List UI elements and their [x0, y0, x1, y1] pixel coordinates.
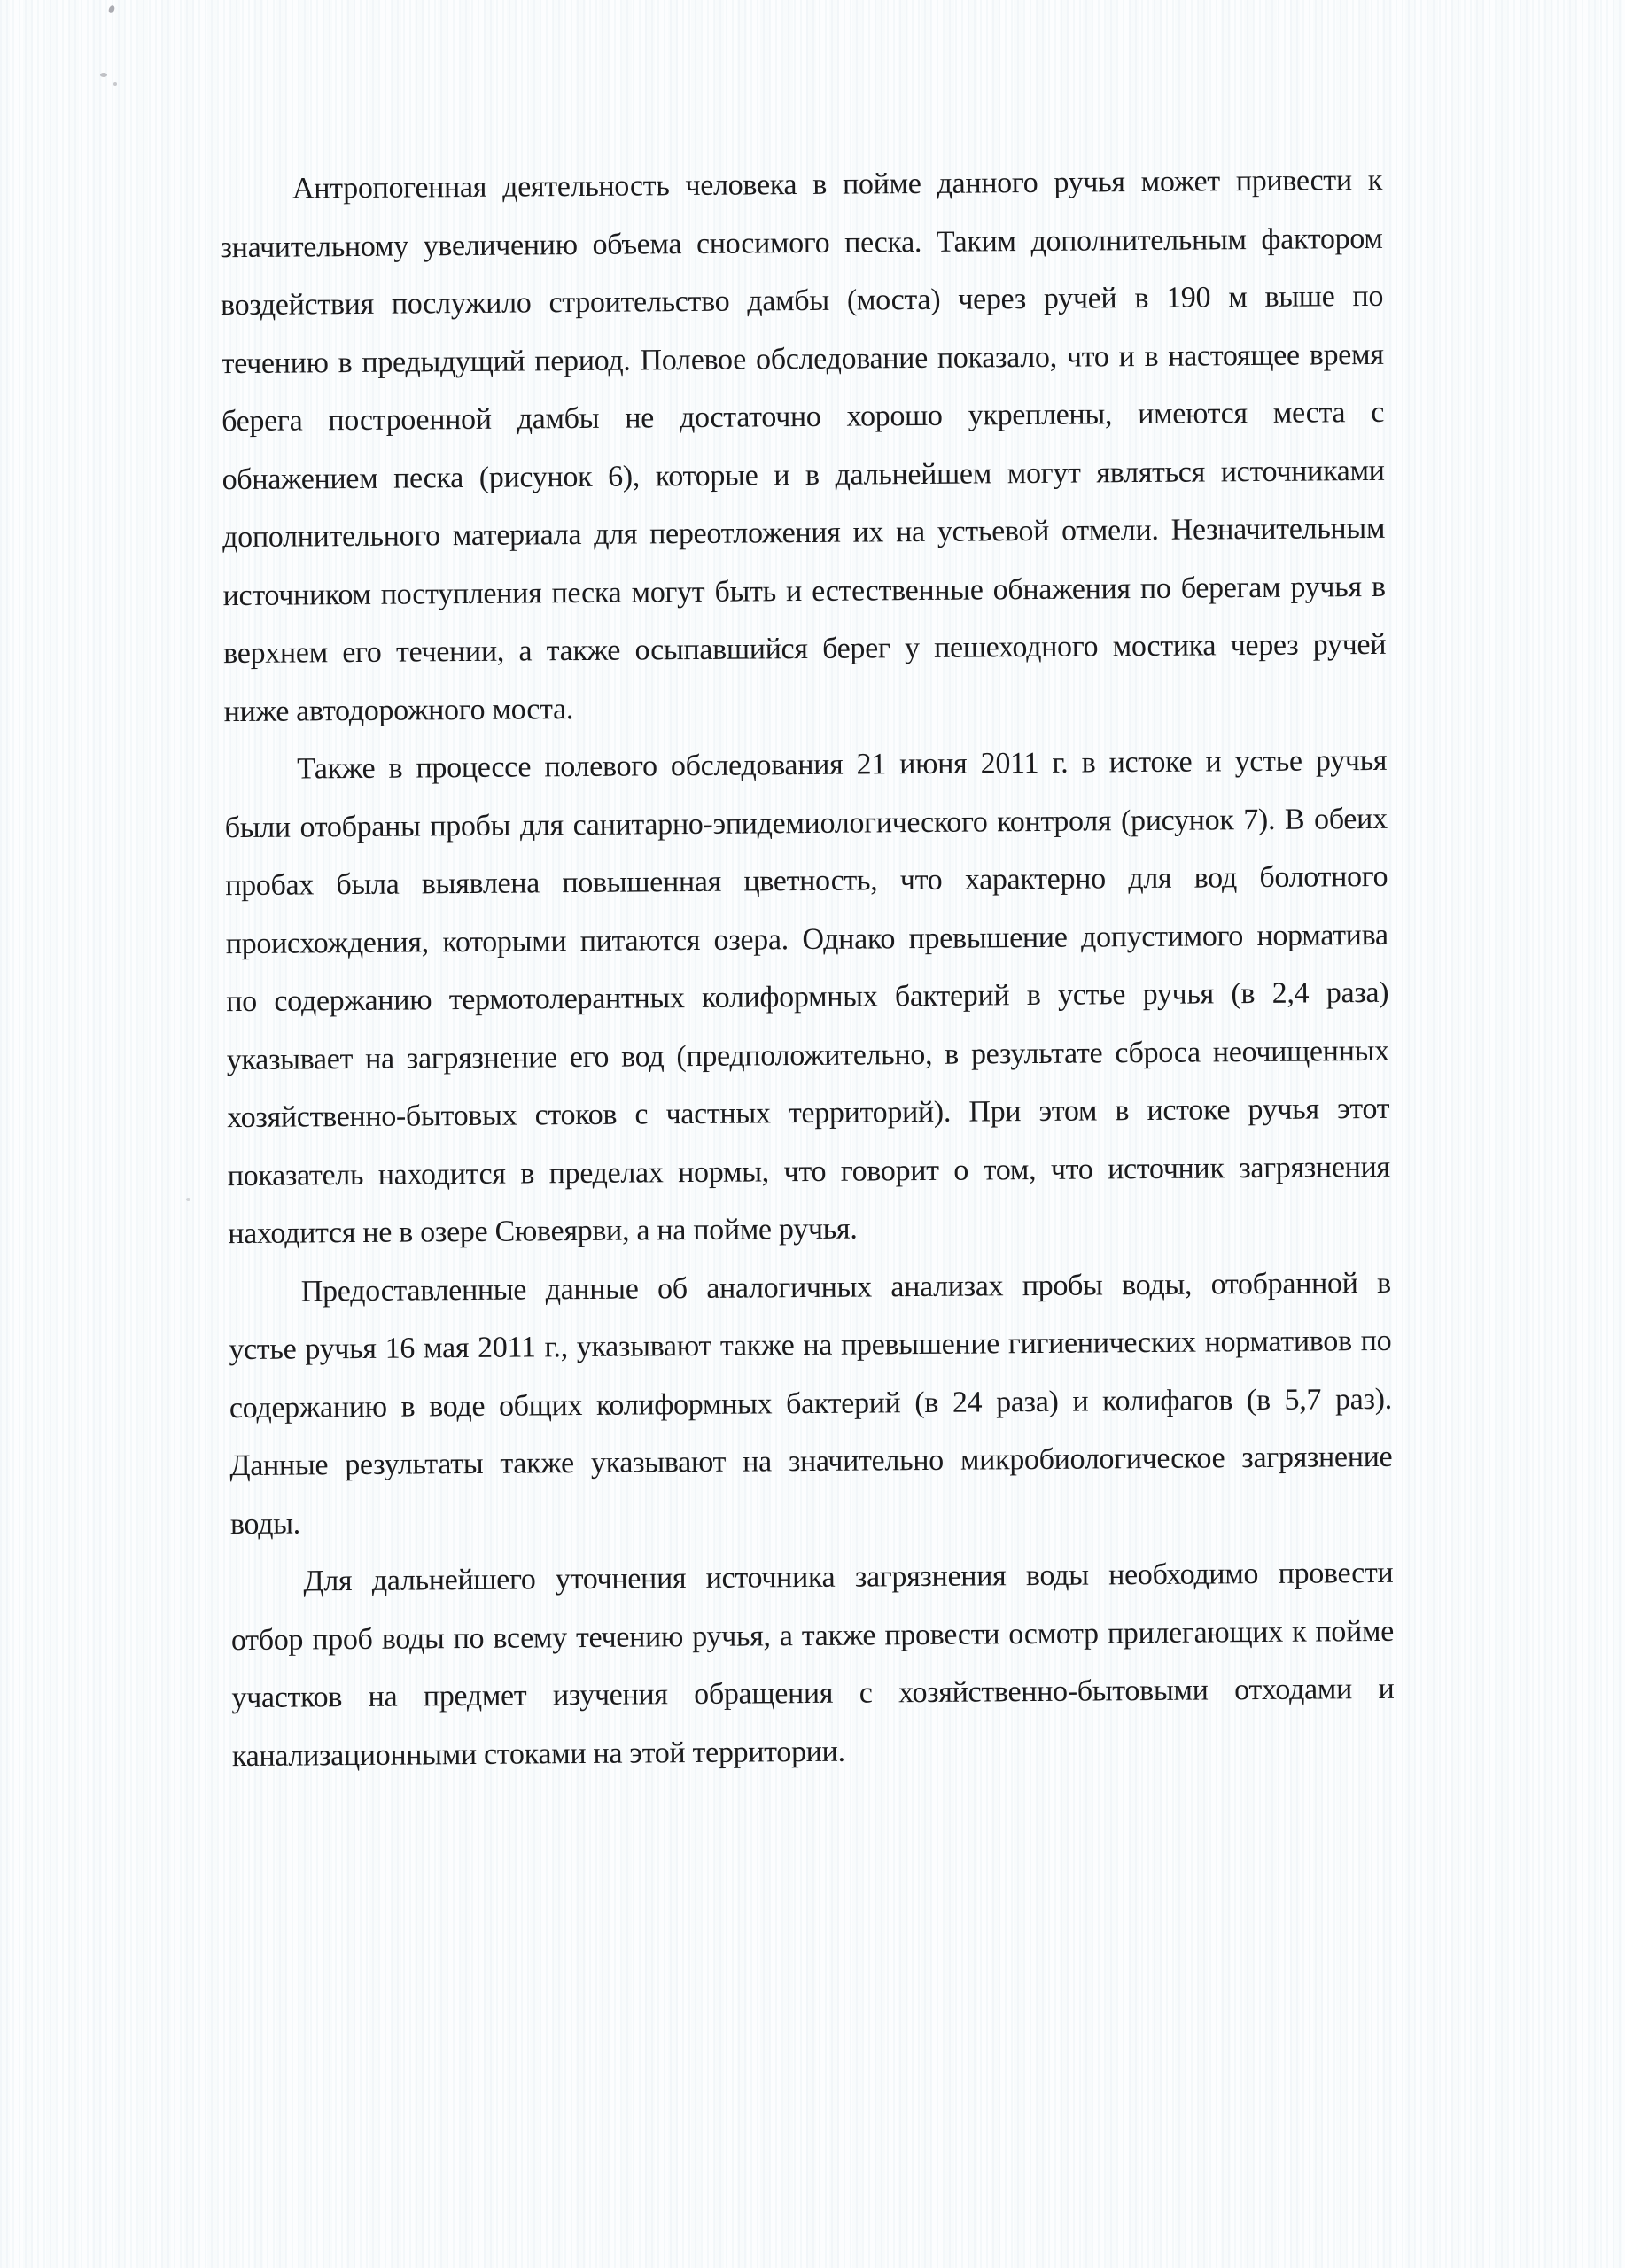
text-line: дополнительного материала для переотложе…	[222, 500, 1385, 567]
text-line: по содержанию термотолерантных колиформн…	[226, 964, 1388, 1031]
scanned-page: Антропогенная деятельность человека в по…	[0, 0, 1625, 2268]
text-line: течению в предыдущий период. Полевое обс…	[221, 325, 1383, 392]
text-line: значительному увеличению объема сносимог…	[220, 209, 1382, 276]
text-line: отбор проб воды по всему течению ручья, …	[231, 1602, 1394, 1669]
text-line: берега построенной дамбы не достаточно х…	[222, 384, 1384, 451]
text-line: указывает на загрязнение его вод (предпо…	[227, 1021, 1389, 1089]
paragraph: Антропогенная деятельность человека в по…	[220, 151, 1387, 741]
text-line: находится не в озере Сювеярви, а на пойм…	[228, 1196, 1390, 1263]
paragraph: Предоставленные данные об аналогичных ан…	[229, 1254, 1394, 1553]
paragraph: Для дальнейшего уточнения источника загр…	[230, 1544, 1395, 1785]
text-line: канализационными стоками на этой террито…	[232, 1718, 1395, 1785]
text-line: Данные результаты также указывают на зна…	[229, 1428, 1392, 1495]
text-line: Антропогенная деятельность человека в по…	[220, 151, 1382, 219]
scan-speck	[100, 73, 107, 77]
text-line: участков на предмет изучения обращения с…	[231, 1660, 1394, 1728]
text-line: были отобраны пробы для санитарно-эпидем…	[224, 789, 1387, 857]
document-text-block: Антропогенная деятельность человека в по…	[220, 151, 1395, 1785]
text-line: воздействия послужило строительство дамб…	[221, 268, 1383, 335]
text-line: обнажением песка (рисунок 6), которые и …	[222, 441, 1384, 509]
text-line: Также в процессе полевого обследования 2…	[224, 732, 1387, 799]
text-line: содержанию в воде общих колиформных бакт…	[229, 1370, 1392, 1437]
text-line: пробах была выявлена повышенная цветност…	[225, 848, 1388, 915]
text-line: хозяйственно-бытовых стоков с частных те…	[227, 1080, 1389, 1147]
text-line: верхнем его течении, а также осыпавшийся…	[223, 616, 1386, 683]
text-line: происхождения, которыми питаются озера. …	[226, 905, 1388, 973]
text-line: показатель находится в пределах нормы, ч…	[228, 1138, 1390, 1205]
scan-speck	[186, 1198, 190, 1201]
paragraph: Также в процессе полевого обследования 2…	[224, 732, 1391, 1263]
text-line: Для дальнейшего уточнения источника загр…	[230, 1544, 1393, 1612]
scan-speck	[107, 4, 115, 14]
text-line: Предоставленные данные об аналогичных ан…	[229, 1254, 1391, 1321]
text-line: воды.	[230, 1486, 1393, 1553]
text-line: устье ручья 16 мая 2011 г., указывают та…	[229, 1312, 1391, 1379]
text-line: источником поступления песка могут быть …	[222, 557, 1385, 625]
scan-speck	[113, 82, 117, 86]
text-line: ниже автодорожного моста.	[223, 673, 1386, 741]
